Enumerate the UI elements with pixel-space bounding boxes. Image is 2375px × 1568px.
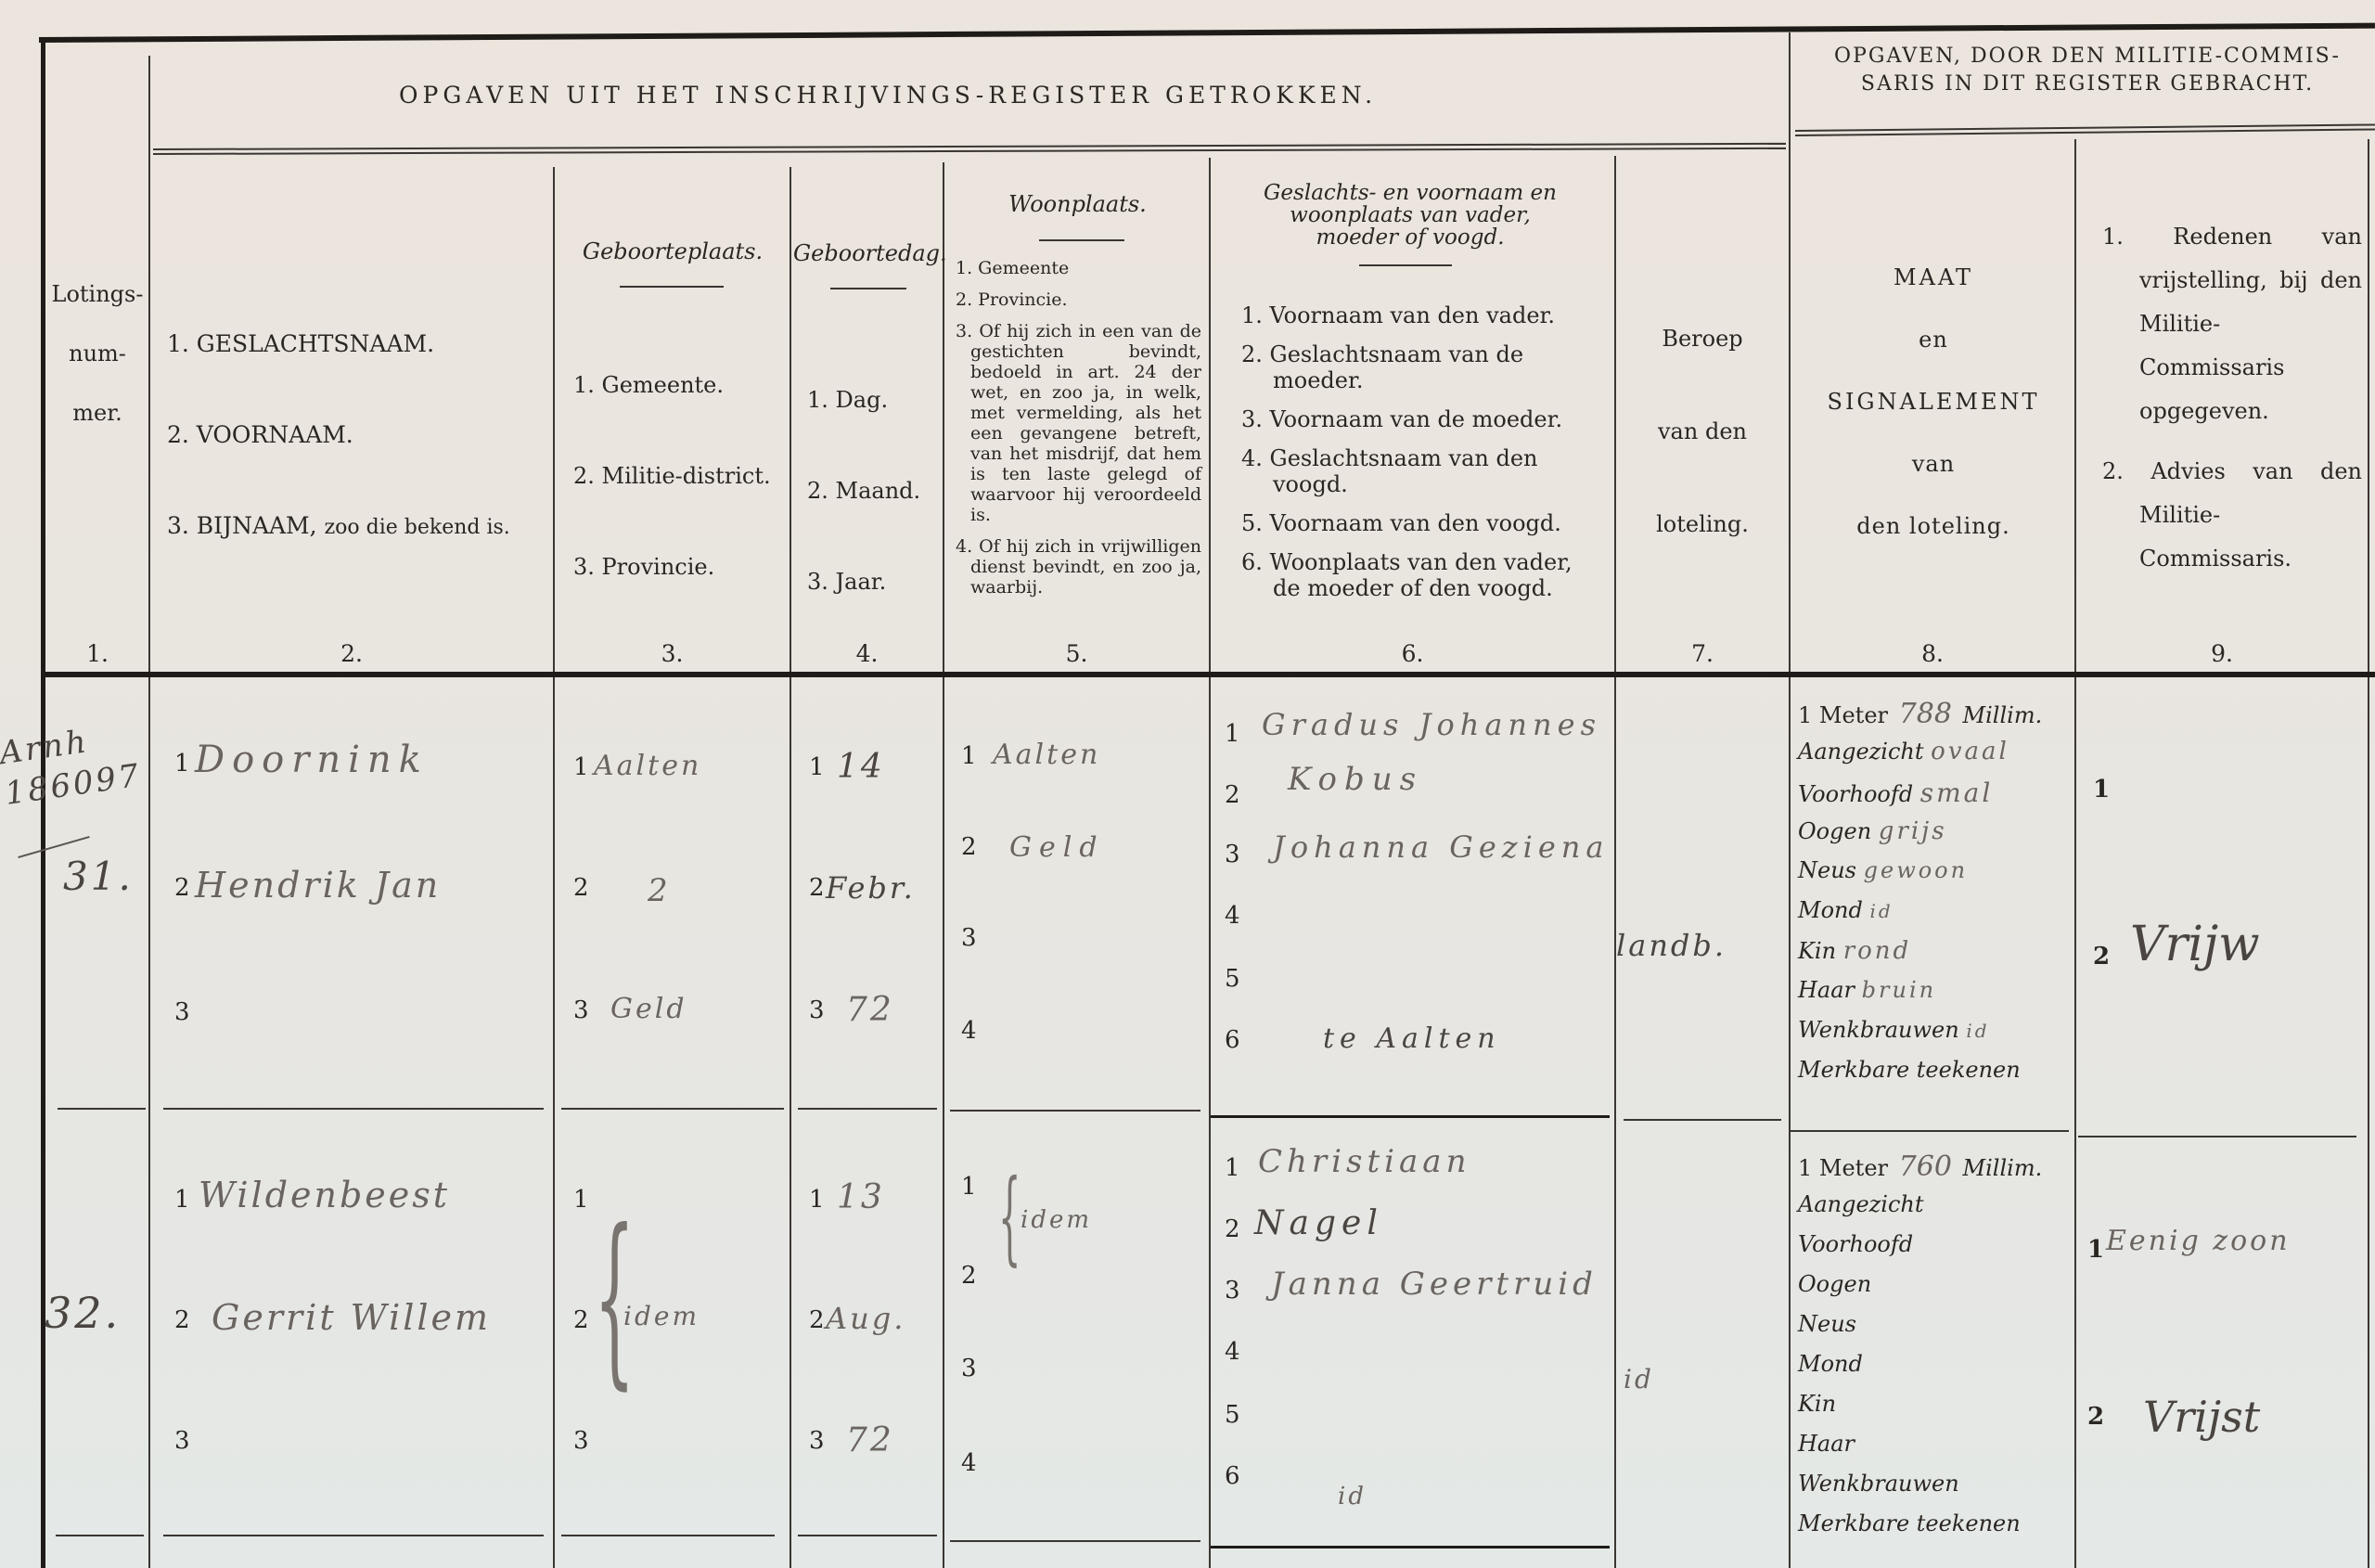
header-maat-signalement: MAAT en SIGNALEMENT van den loteling. xyxy=(1792,247,2074,558)
header-ouders-items: 1. Voornaam van den vader. 2. Geslachtsn… xyxy=(1241,302,1594,601)
row-divider xyxy=(1211,1546,1610,1549)
sub-number: 2 xyxy=(809,874,825,902)
sub-number: 2 xyxy=(809,1306,825,1334)
brace-icon: { xyxy=(594,1206,635,1392)
sub-number: 3 xyxy=(809,996,825,1024)
header-woonplaats-items: 1. Gemeente 2. Provincie. 3. Of hij zich… xyxy=(956,258,1201,598)
row-divider xyxy=(950,1110,1200,1112)
geboortedag-dag: 13 xyxy=(837,1178,885,1216)
row-divider xyxy=(798,1108,937,1110)
sig-label: Wenkbrauwen id xyxy=(1798,1017,1990,1043)
title-divider-left xyxy=(153,143,1786,150)
sub-number: 3 xyxy=(573,996,589,1024)
sub-number: 1 xyxy=(573,753,589,781)
sig-label: Haar xyxy=(1798,1431,1855,1457)
moeder-geslachtsnaam: Nagel xyxy=(1254,1204,1383,1242)
geboorte-gemeente: Aalten xyxy=(594,750,701,782)
sub-number: 3 xyxy=(1225,841,1240,868)
sub-number: 3 xyxy=(961,924,977,952)
row-divider xyxy=(1211,1115,1610,1118)
column-number: 7. xyxy=(1616,640,1789,667)
row-divider xyxy=(561,1108,784,1110)
voornaam: Hendrik Jan xyxy=(195,865,441,906)
header-names: 1. GESLACHTSNAAM. 2. VOORNAAM. 3. BIJNAA… xyxy=(167,299,510,573)
sub-number: 3 xyxy=(174,1427,190,1455)
sub-number: 2 xyxy=(961,1262,977,1290)
row-divider xyxy=(1624,1119,1781,1121)
register-page: OPGAVEN UIT HET INSCHRIJVINGS-REGISTER G… xyxy=(0,0,2375,1568)
margin-note: Arnh 186097 xyxy=(0,714,144,815)
voornaam: Gerrit Willem xyxy=(212,1297,491,1338)
advies: Vrijw xyxy=(2130,917,2260,972)
vader-voornaam: Christiaan xyxy=(1258,1143,1470,1180)
header-woonplaats-title: Woonplaats. xyxy=(946,190,1209,218)
maat: 1 Meter 788 Millim. xyxy=(1798,698,2042,730)
title-rule xyxy=(1359,264,1452,266)
sig-label: Merkbare teekenen xyxy=(1798,1510,2021,1536)
geslachtsnaam: Wildenbeest xyxy=(199,1175,450,1215)
row-divider xyxy=(56,1535,144,1536)
col-divider xyxy=(790,167,791,1568)
geslachtsnaam: Doornink xyxy=(195,739,429,781)
geboortedag-dag: 14 xyxy=(837,748,885,786)
moeder-voornaam: Janna Geertruid xyxy=(1271,1266,1598,1303)
lotingsnummer: 32. xyxy=(45,1288,121,1338)
sig-label: Aangezicht ovaal xyxy=(1798,738,2009,765)
sub-number: 2 xyxy=(2087,1403,2104,1431)
col-divider xyxy=(148,56,150,1568)
sub-number: 6 xyxy=(1225,1462,1240,1490)
header-geboorteplaats-title: Geboorteplaats. xyxy=(557,238,789,265)
moeder-voornaam: Johanna Geziena xyxy=(1273,829,1609,865)
vader-voornaam: Gradus Johannes xyxy=(1262,707,1601,742)
column-number: 1. xyxy=(46,640,148,667)
woonplaats-gemeente: Aalten xyxy=(993,739,1100,771)
sub-number: 3 xyxy=(1225,1277,1240,1305)
geboortedag-jaar: 72 xyxy=(846,991,894,1029)
row-divider xyxy=(2078,1136,2356,1137)
section-title-register: OPGAVEN UIT HET INSCHRIJVINGS-REGISTER G… xyxy=(399,82,1377,109)
sub-number: 3 xyxy=(174,998,190,1026)
sub-number: 4 xyxy=(961,1449,977,1477)
header-bottom-border xyxy=(45,672,2375,677)
title-rule xyxy=(620,286,724,288)
col-divider xyxy=(1789,32,1791,1568)
sub-number: 3 xyxy=(809,1427,825,1455)
column-number: 5. xyxy=(944,640,1209,667)
geboortedag-maand: Aug. xyxy=(826,1301,905,1336)
sig-label: Voorhoofd xyxy=(1798,1231,1913,1257)
col-divider xyxy=(1209,158,1211,1568)
sub-number: 2 xyxy=(1225,781,1240,809)
maat: 1 Meter 760 Millim. xyxy=(1798,1150,2042,1183)
sig-label: Mond id xyxy=(1798,897,1894,923)
lotingsnummer: 31. xyxy=(63,854,134,899)
title-rule xyxy=(1039,239,1124,241)
sig-label: Wenkbrauwen xyxy=(1798,1471,1959,1497)
sub-number: 1 xyxy=(2093,776,2110,803)
woonplaats-gemeente: idem xyxy=(1021,1206,1092,1234)
header-geboorteplaats-items: 1. Gemeente. 2. Militie-district. 3. Pro… xyxy=(573,340,771,612)
sub-number: 4 xyxy=(1225,1338,1240,1366)
brace-icon: { xyxy=(998,1165,1021,1267)
woonplaats-provincie: Geld xyxy=(1009,831,1105,864)
header-lotingsnummer: Lotings- num- mer. xyxy=(46,264,148,443)
ouders-woonplaats: id xyxy=(1338,1483,1367,1510)
sub-number: 2 xyxy=(961,833,977,861)
advies: Vrijst xyxy=(2143,1392,2260,1442)
column-number: 3. xyxy=(555,640,790,667)
title-rule xyxy=(830,288,906,289)
sig-label: Neus xyxy=(1798,1311,1856,1337)
column-number: 9. xyxy=(2076,640,2368,667)
row-divider xyxy=(163,1108,544,1110)
sub-number: 3 xyxy=(573,1427,589,1455)
sub-number: 1 xyxy=(809,753,825,781)
col-divider xyxy=(553,167,555,1568)
beroep: landb. xyxy=(1616,928,1727,963)
sub-number: 1 xyxy=(1225,1154,1240,1182)
geboorte-provincie: Geld xyxy=(610,993,687,1025)
sub-number: 6 xyxy=(1225,1026,1240,1054)
column-number: 6. xyxy=(1211,640,1614,667)
sub-number: 4 xyxy=(961,1017,977,1045)
sig-label: Mond xyxy=(1798,1351,1863,1377)
row-divider xyxy=(798,1535,937,1536)
sub-number: 5 xyxy=(1225,965,1240,993)
sig-label: Aangezicht xyxy=(1798,1191,1924,1217)
header-beroep: Beroep van den loteling. xyxy=(1616,292,1789,571)
row-divider xyxy=(950,1540,1200,1542)
geboortedag-maand: Febr. xyxy=(826,870,916,906)
sig-label: Merkbare teekenen xyxy=(1798,1057,2021,1083)
sub-number: 1 xyxy=(961,742,977,770)
sub-number: 1 xyxy=(174,1186,190,1214)
sub-number: 1 xyxy=(961,1173,977,1201)
sig-label: Oogen xyxy=(1798,1271,1871,1297)
sub-number: 2 xyxy=(174,874,190,902)
col-divider xyxy=(2074,139,2076,1568)
section-title-commissaris: OPGAVEN, DOOR DEN MILITIE-COMMIS- SARIS … xyxy=(1800,43,2375,98)
col-divider xyxy=(943,162,944,1568)
header-geboortedag-items: 1. Dag. 2. Maand. 3. Jaar. xyxy=(807,354,920,627)
sub-number: 4 xyxy=(1225,902,1240,930)
sig-label: Oogen grijs xyxy=(1798,817,1947,845)
beroep: id xyxy=(1624,1364,1654,1394)
col-divider xyxy=(2368,139,2369,1568)
sub-number: 1 xyxy=(809,1186,825,1214)
header-geboortedag-title: Geboortedag. xyxy=(793,239,942,267)
sub-number: 3 xyxy=(961,1355,977,1382)
header-ouders-title: Geslachts- en voornaam en woonplaats van… xyxy=(1248,182,1573,249)
sub-number: 2 xyxy=(174,1306,190,1334)
sub-number: 1 xyxy=(174,750,190,778)
sub-number: 2 xyxy=(2093,943,2110,970)
sig-label: Haar bruin xyxy=(1798,977,1936,1003)
top-border xyxy=(39,23,2375,43)
sub-number: 1 xyxy=(573,1186,589,1214)
row-divider xyxy=(58,1108,146,1110)
column-number: 8. xyxy=(1791,640,2074,667)
row-divider xyxy=(561,1535,775,1536)
title-divider-right xyxy=(1795,123,2375,132)
row-divider xyxy=(163,1535,544,1536)
geboorte-militie-district: idem xyxy=(623,1301,700,1331)
column-number: 4. xyxy=(791,640,943,667)
sub-number: 1 xyxy=(2087,1236,2104,1264)
sub-number: 1 xyxy=(1225,720,1240,748)
sub-number: 2 xyxy=(1225,1215,1240,1243)
moeder-geslachtsnaam: Kobus xyxy=(1288,761,1423,798)
sig-label: Neus gewoon xyxy=(1798,857,1968,883)
sig-label: Voorhoofd smal xyxy=(1798,778,1993,808)
column-number: 2. xyxy=(150,640,553,667)
geboorte-militie-district: 2 xyxy=(648,872,671,909)
sig-label: Kin xyxy=(1798,1391,1836,1417)
redenen-vrijstelling: Eenig zoon xyxy=(2106,1225,2291,1257)
sig-label: Kin rond xyxy=(1798,937,1911,965)
sub-number: 2 xyxy=(573,1306,589,1334)
sub-number: 2 xyxy=(573,874,589,902)
geboortedag-jaar: 72 xyxy=(846,1421,894,1459)
header-redenen-advies: 1. Redenen van vrijstelling, bij den Mil… xyxy=(2102,215,2362,581)
ouders-woonplaats: te Aalten xyxy=(1323,1022,1501,1055)
row-divider xyxy=(1791,1130,2069,1132)
sub-number: 5 xyxy=(1225,1401,1240,1429)
